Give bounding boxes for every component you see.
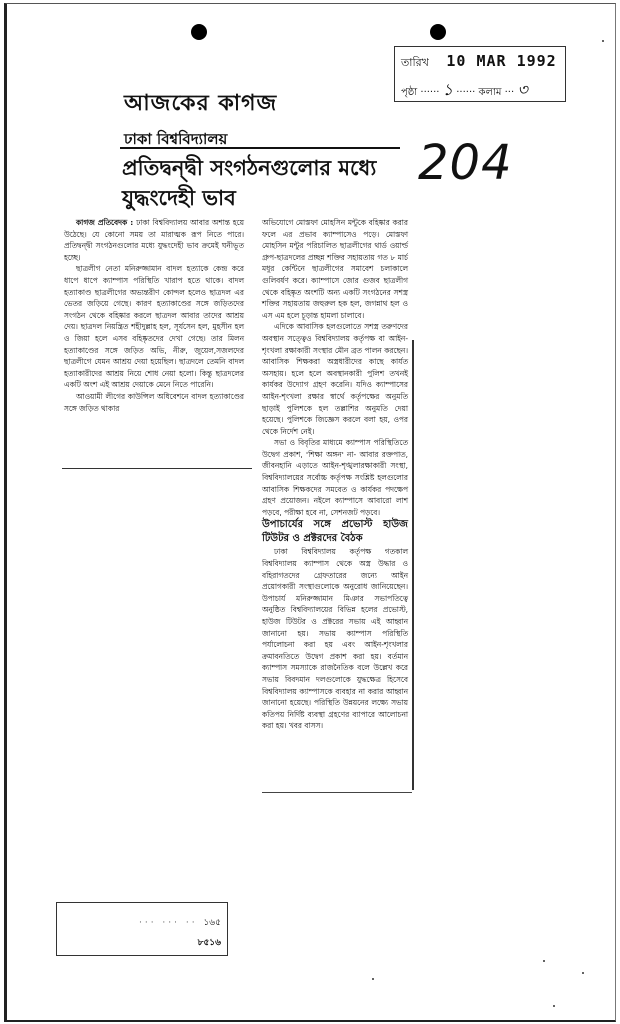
scan-speck xyxy=(543,960,545,962)
scan-speck xyxy=(602,40,604,42)
clipping-edge xyxy=(62,468,252,469)
page-label: পৃষ্ঠা xyxy=(401,87,417,98)
section-divider xyxy=(120,147,400,149)
inner-subheading: উপাচার্যের সঙ্গে প্রভোস্ট হাউজ টিউটর ও প… xyxy=(262,518,408,546)
scan-speck xyxy=(582,972,584,974)
stamp-date: 10 MAR 1992 xyxy=(446,52,556,70)
archive-date-stamp: তারিখ 10 MAR 1992 পৃষ্ঠা ······ ১ ······… xyxy=(394,46,566,102)
paragraph: সভা ও বিবৃতির মাধ্যমে ক্যাম্পাস পরিস্থিত… xyxy=(262,437,408,518)
article-left-column: কাগজ প্রতিবেদক : ঢাকা বিশ্ববিদ্যালয় আবা… xyxy=(64,217,244,414)
article-subheadline: যুদ্ধংদেহী ভাব xyxy=(122,182,236,217)
slip-value-1: ১৬৫ xyxy=(203,918,221,928)
paragraph: ছাত্রলীগ নেতা মনিরুজ্জামান বাদল হত্যাকে … xyxy=(64,263,244,391)
article-right-column: অভিযোগে মোস্তফা মোহসিন মন্টুকে বহিষ্কার … xyxy=(262,217,408,732)
punch-hole xyxy=(430,24,446,40)
clipping-edge xyxy=(412,340,414,790)
newspaper-masthead: আজকের কাগজ xyxy=(124,86,277,123)
page-value: ১ xyxy=(443,80,453,99)
scan-speck xyxy=(553,1005,555,1007)
paragraph: আওয়ামী লীগের কাউন্সিল অধিবেশনে বাদল হত্… xyxy=(64,391,244,414)
date-label: তারিখ xyxy=(401,56,429,69)
byline: কাগজ প্রতিবেদক : xyxy=(76,218,133,227)
paragraph: এদিকে আবাসিক হলগুলোতে সশস্ত্র তরুণদের অব… xyxy=(262,321,408,437)
slip-value-2: ৮৫১৬ xyxy=(198,938,221,948)
paragraph: অভিযোগে মোস্তফা মোহসিন মন্টুকে বহিষ্কার … xyxy=(262,217,408,321)
column-label: কলাম xyxy=(479,87,502,98)
clipping-edge xyxy=(262,792,412,793)
paragraph: ঢাকা বিশ্ববিদ্যালয় কর্তৃপক্ষ গতকাল বিশ্… xyxy=(262,546,408,732)
section-tag: ঢাকা বিশ্ববিদ্যালয় xyxy=(124,128,227,153)
filing-slip: ··· ··· ·· ১৬৫ ৮৫১৬ xyxy=(56,902,228,956)
handwritten-reference-number: 204 xyxy=(418,135,513,191)
scan-speck xyxy=(372,978,374,980)
column-value: ৩ xyxy=(517,80,527,99)
punch-hole xyxy=(191,24,207,40)
